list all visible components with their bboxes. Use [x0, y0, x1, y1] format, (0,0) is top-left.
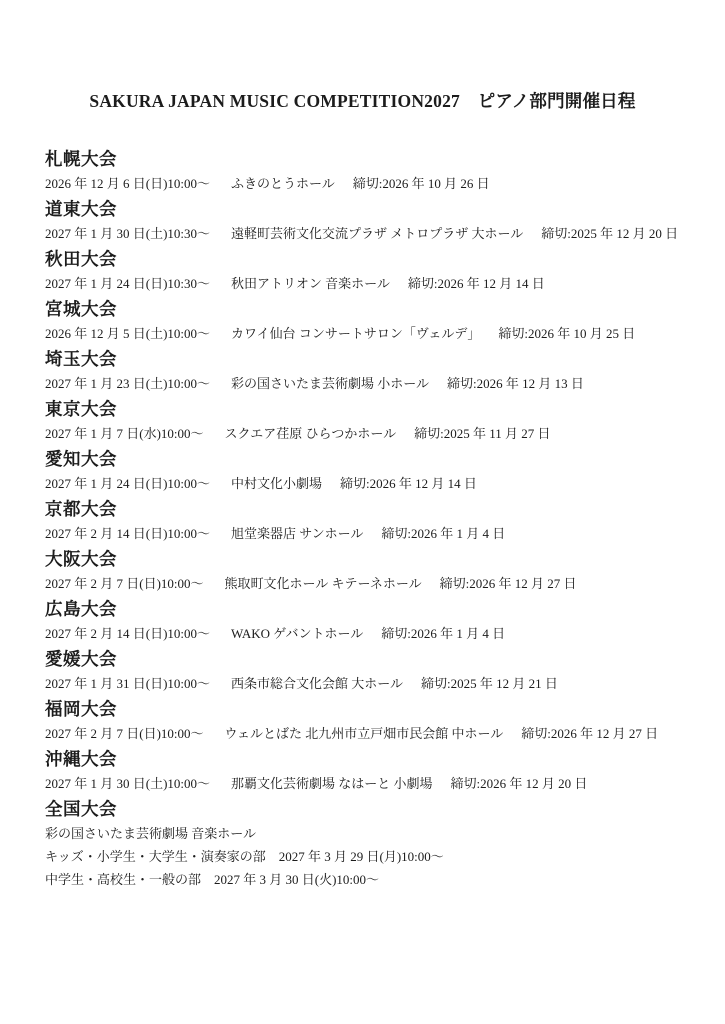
event-line: 2027 年 1 月 30 日(土)10:30～遠軽町芸術文化交流プラザ メトロ… [45, 225, 680, 243]
event-deadline: 締切:2026 年 12 月 14 日 [408, 275, 545, 293]
final-line: 彩の国さいたま芸術劇場 音楽ホール [45, 824, 680, 843]
event-venue: ふきのとうホール [231, 175, 335, 193]
section-heading: 広島大会 [45, 598, 680, 620]
final-section: 全国大会 彩の国さいたま芸術劇場 音楽ホールキッズ・小学生・大学生・演奏家の部 … [45, 798, 680, 889]
event-venue: カワイ仙台 コンサートサロン「ヴェルデ」 [231, 325, 480, 343]
event-deadline: 締切:2025 年 12 月 21 日 [421, 675, 558, 693]
section-heading: 秋田大会 [45, 248, 680, 270]
section-heading: 東京大会 [45, 398, 680, 420]
event-date: 2027 年 1 月 31 日(日)10:00～ [45, 675, 210, 693]
event-deadline: 締切:2026 年 12 月 14 日 [340, 475, 477, 493]
event-line: 2027 年 1 月 7 日(水)10:00～スクエア荏原 ひらつかホール締切:… [45, 425, 680, 443]
event-line: 2027 年 1 月 30 日(土)10:00～那覇文化芸術劇場 なはーと 小劇… [45, 775, 680, 793]
section-heading: 沖縄大会 [45, 748, 680, 770]
venue-section: 札幌大会 2026 年 12 月 6 日(日)10:00～ふきのとうホール締切:… [45, 148, 680, 193]
event-venue: ウェルとばた 北九州市立戸畑市民会館 中ホール [225, 725, 504, 743]
final-lines: 彩の国さいたま芸術劇場 音楽ホールキッズ・小学生・大学生・演奏家の部 2027 … [45, 824, 680, 889]
event-deadline: 締切:2026 年 1 月 4 日 [381, 525, 505, 543]
section-heading: 宮城大会 [45, 298, 680, 320]
event-deadline: 締切:2026 年 1 月 4 日 [381, 625, 505, 643]
venue-section: 東京大会 2027 年 1 月 7 日(水)10:00～スクエア荏原 ひらつかホ… [45, 398, 680, 443]
event-deadline: 締切:2026 年 12 月 13 日 [447, 375, 584, 393]
event-deadline: 締切:2026 年 12 月 27 日 [440, 575, 577, 593]
event-date: 2027 年 1 月 24 日(日)10:30～ [45, 275, 210, 293]
section-heading: 愛知大会 [45, 448, 680, 470]
event-venue: 中村文化小劇場 [231, 475, 322, 493]
event-venue: 遠軽町芸術文化交流プラザ メトロプラザ 大ホール [231, 225, 523, 243]
event-date: 2027 年 1 月 23 日(土)10:00～ [45, 375, 210, 393]
event-line: 2027 年 2 月 7 日(日)10:00～熊取町文化ホール キテーネホール締… [45, 575, 680, 593]
section-heading: 福岡大会 [45, 698, 680, 720]
event-date: 2027 年 2 月 7 日(日)10:00～ [45, 725, 204, 743]
event-venue: 旭堂楽器店 サンホール [231, 525, 363, 543]
event-deadline: 締切:2025 年 12 月 20 日 [541, 225, 678, 243]
section-heading: 大阪大会 [45, 548, 680, 570]
event-date: 2027 年 1 月 30 日(土)10:00～ [45, 775, 210, 793]
event-line: 2027 年 2 月 7 日(日)10:00～ウェルとばた 北九州市立戸畑市民会… [45, 725, 680, 743]
event-line: 2026 年 12 月 5 日(土)10:00～カワイ仙台 コンサートサロン「ヴ… [45, 325, 680, 343]
event-venue: WAKO ゲバントホール [231, 625, 363, 643]
venue-section: 京都大会 2027 年 2 月 14 日(日)10:00～旭堂楽器店 サンホール… [45, 498, 680, 543]
section-heading: 愛媛大会 [45, 648, 680, 670]
venue-section: 福岡大会 2027 年 2 月 7 日(日)10:00～ウェルとばた 北九州市立… [45, 698, 680, 743]
event-line: 2026 年 12 月 6 日(日)10:00～ふきのとうホール締切:2026 … [45, 175, 680, 193]
event-line: 2027 年 2 月 14 日(日)10:00～WAKO ゲバントホール締切:2… [45, 625, 680, 643]
event-date: 2027 年 2 月 7 日(日)10:00～ [45, 575, 204, 593]
event-deadline: 締切:2026 年 10 月 25 日 [498, 325, 635, 343]
venue-section: 広島大会 2027 年 2 月 14 日(日)10:00～WAKO ゲバントホー… [45, 598, 680, 643]
event-deadline: 締切:2026 年 12 月 20 日 [451, 775, 588, 793]
final-section-heading: 全国大会 [45, 798, 680, 820]
event-date: 2027 年 1 月 24 日(日)10:00～ [45, 475, 210, 493]
final-line: キッズ・小学生・大学生・演奏家の部 2027 年 3 月 29 日(月)10:0… [45, 847, 680, 866]
event-deadline: 締切:2026 年 10 月 26 日 [353, 175, 490, 193]
event-line: 2027 年 1 月 24 日(日)10:30～秋田アトリオン 音楽ホール締切:… [45, 275, 680, 293]
event-date: 2027 年 1 月 30 日(土)10:30～ [45, 225, 210, 243]
section-heading: 札幌大会 [45, 148, 680, 170]
document-title: SAKURA JAPAN MUSIC COMPETITION2027 ピアノ部門… [45, 90, 680, 112]
venue-section: 埼玉大会 2027 年 1 月 23 日(土)10:00～彩の国さいたま芸術劇場… [45, 348, 680, 393]
event-line: 2027 年 1 月 23 日(土)10:00～彩の国さいたま芸術劇場 小ホール… [45, 375, 680, 393]
event-line: 2027 年 2 月 14 日(日)10:00～旭堂楽器店 サンホール締切:20… [45, 525, 680, 543]
event-date: 2027 年 1 月 7 日(水)10:00～ [45, 425, 204, 443]
event-venue: 西条市総合文化会館 大ホール [231, 675, 403, 693]
event-venue: 熊取町文化ホール キテーネホール [225, 575, 422, 593]
venue-section: 大阪大会 2027 年 2 月 7 日(日)10:00～熊取町文化ホール キテー… [45, 548, 680, 593]
venue-section: 愛知大会 2027 年 1 月 24 日(日)10:00～中村文化小劇場締切:2… [45, 448, 680, 493]
event-venue: 那覇文化芸術劇場 なはーと 小劇場 [231, 775, 433, 793]
event-line: 2027 年 1 月 24 日(日)10:00～中村文化小劇場締切:2026 年… [45, 475, 680, 493]
event-deadline: 締切:2025 年 11 月 27 日 [414, 425, 550, 443]
section-heading: 埼玉大会 [45, 348, 680, 370]
final-line: 中学生・高校生・一般の部 2027 年 3 月 30 日(火)10:00～ [45, 870, 680, 889]
event-date: 2026 年 12 月 5 日(土)10:00～ [45, 325, 210, 343]
event-date: 2026 年 12 月 6 日(日)10:00～ [45, 175, 210, 193]
event-date: 2027 年 2 月 14 日(日)10:00～ [45, 525, 210, 543]
event-venue: スクエア荏原 ひらつかホール [225, 425, 397, 443]
venue-section: 宮城大会 2026 年 12 月 5 日(土)10:00～カワイ仙台 コンサート… [45, 298, 680, 343]
section-heading: 京都大会 [45, 498, 680, 520]
event-venue: 秋田アトリオン 音楽ホール [231, 275, 390, 293]
event-deadline: 締切:2026 年 12 月 27 日 [521, 725, 658, 743]
venue-section: 沖縄大会 2027 年 1 月 30 日(土)10:00～那覇文化芸術劇場 なは… [45, 748, 680, 793]
venue-section: 道東大会 2027 年 1 月 30 日(土)10:30～遠軽町芸術文化交流プラ… [45, 198, 680, 243]
document-page: SAKURA JAPAN MUSIC COMPETITION2027 ピアノ部門… [0, 0, 725, 1024]
sections: 札幌大会 2026 年 12 月 6 日(日)10:00～ふきのとうホール締切:… [45, 148, 680, 793]
section-heading: 道東大会 [45, 198, 680, 220]
event-venue: 彩の国さいたま芸術劇場 小ホール [231, 375, 429, 393]
venue-section: 愛媛大会 2027 年 1 月 31 日(日)10:00～西条市総合文化会館 大… [45, 648, 680, 693]
venue-section: 秋田大会 2027 年 1 月 24 日(日)10:30～秋田アトリオン 音楽ホ… [45, 248, 680, 293]
event-line: 2027 年 1 月 31 日(日)10:00～西条市総合文化会館 大ホール締切… [45, 675, 680, 693]
event-date: 2027 年 2 月 14 日(日)10:00～ [45, 625, 210, 643]
